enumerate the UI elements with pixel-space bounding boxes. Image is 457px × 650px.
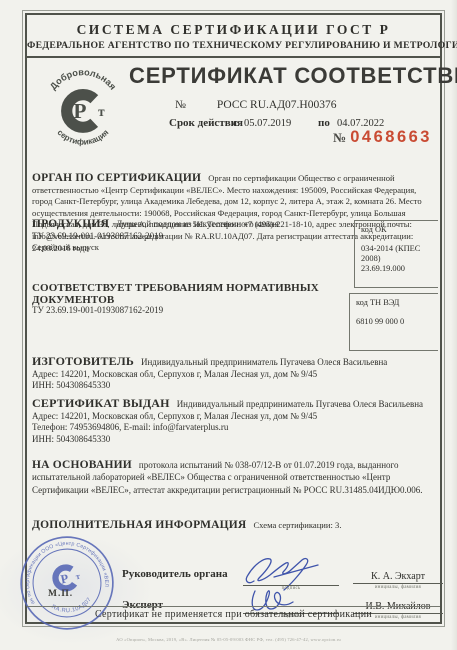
ok-code-label: код ОК bbox=[361, 225, 438, 235]
tnved-label: код ТН ВЭД bbox=[356, 298, 438, 308]
issued-to-section: СЕРТИФИКАТ ВЫДАНИндивидуальный предприни… bbox=[32, 398, 438, 445]
head-signature-caption: подпись bbox=[243, 586, 339, 591]
to-label: по bbox=[318, 117, 330, 129]
issued-inn: ИНН: 504308645330 bbox=[32, 434, 438, 446]
product-section: ПРОДУКЦИЯДушевой поддон из искусственног… bbox=[32, 218, 347, 254]
system-title: СИСТЕМА СЕРТИФИКАЦИИ ГОСТ Р bbox=[27, 22, 440, 38]
number-sign: № bbox=[175, 99, 186, 111]
validity-label: Срок действия bbox=[169, 117, 243, 129]
additional-text: Схема сертификации: 3. bbox=[253, 520, 341, 530]
svg-text:Добровольная: Добровольная bbox=[48, 67, 118, 92]
stamp-place-mark: М.П. bbox=[48, 589, 73, 599]
product-label: ПРОДУКЦИЯ bbox=[32, 218, 109, 230]
head-signature-line: подпись bbox=[243, 585, 339, 591]
logo-arc-top-text: Добровольная bbox=[48, 67, 118, 92]
valid-from-date: 05.07.2019 bbox=[244, 118, 291, 129]
certificate-frame: СИСТЕМА СЕРТИФИКАЦИИ ГОСТ Р ФЕДЕРАЛЬНОЕ … bbox=[22, 10, 445, 627]
conforms-label: СООТВЕТСТВУЕТ ТРЕБОВАНИЯМ НОРМАТИВНЫХ ДО… bbox=[32, 282, 319, 306]
certificate-page: СИСТЕМА СЕРТИФИКАЦИИ ГОСТ Р ФЕДЕРАЛЬНОЕ … bbox=[0, 0, 457, 650]
restriction-note: Сертификат не применяется при обязательн… bbox=[27, 606, 440, 622]
registration-number: РОСС RU.АД07.Н00376 bbox=[217, 99, 337, 111]
manufacturer-address: Адрес: 142201, Московская обл, Серпухов … bbox=[32, 369, 438, 381]
from-label: с bbox=[233, 117, 238, 129]
manufacturer-inn: ИНН: 504308645330 bbox=[32, 380, 438, 392]
issued-label: СЕРТИФИКАТ ВЫДАН bbox=[32, 396, 170, 410]
certificate-frame-inner: СИСТЕМА СЕРТИФИКАЦИИ ГОСТ Р ФЕДЕРАЛЬНОЕ … bbox=[25, 13, 442, 624]
stamp-letter-r: Р bbox=[59, 571, 70, 586]
head-name-caption: инициалы, фамилия bbox=[353, 584, 443, 590]
blank-number-digits: 0468663 bbox=[350, 128, 432, 146]
issued-address: Адрес: 142201, Московская обл, Серпухов … bbox=[32, 411, 438, 423]
manufacturer-section: ИЗГОТОВИТЕЛЬИндивидуальный предпринимате… bbox=[32, 356, 438, 392]
ok-code-gap bbox=[361, 235, 438, 244]
org-label: ОРГАН ПО СЕРТИФИКАЦИИ bbox=[32, 172, 201, 184]
product-tu: ТУ 23.69.19-001-0193087162-2019 bbox=[32, 231, 347, 243]
certification-body-stamp-icon: Орган по сертификации ООО «Центр Сертифи… bbox=[9, 525, 125, 641]
issued-name: Индивидуальный предприниматель Пугачева … bbox=[177, 399, 423, 409]
head-role-label: Руководитель органа bbox=[122, 568, 228, 580]
ok-code-line1: 034-2014 (КПЕС 2008) bbox=[361, 244, 438, 264]
issued-contact: Телефон: 74953694806, E-mail: info@farva… bbox=[32, 422, 438, 434]
header-band: СИСТЕМА СЕРТИФИКАЦИИ ГОСТ Р ФЕДЕРАЛЬНОЕ … bbox=[27, 15, 440, 58]
conformity-section: СООТВЕТСТВУЕТ ТРЕБОВАНИЯМ НОРМАТИВНЫХ ДО… bbox=[32, 282, 362, 317]
product-name: Душевой поддон из искусственного камня bbox=[116, 219, 279, 229]
blank-number-sign: № bbox=[333, 130, 346, 145]
rst-voluntary-certification-logo-icon: Добровольная сертификация Р т bbox=[32, 61, 134, 163]
document-title: СЕРТИФИКАТ СООТВЕТСТВИЯ bbox=[129, 63, 457, 89]
product-serial: Серийный выпуск bbox=[32, 242, 347, 254]
manufacturer-name: Индивидуальный предприниматель Пугачева … bbox=[141, 357, 387, 367]
registration-number-row: № РОСС RU.АД07.Н00376 bbox=[175, 99, 337, 111]
head-name: К. А. Экхарт bbox=[353, 571, 443, 584]
logo-letter-r: Р bbox=[73, 99, 86, 123]
ok-code-box: код ОК 034-2014 (КПЕС 2008) 23.69.19.000 bbox=[354, 220, 438, 288]
printer-fine-print: АО «Опцион», Москва, 2019, «В». Лицензия… bbox=[0, 637, 457, 642]
agency-title: ФЕДЕРАЛЬНОЕ АГЕНТСТВО ПО ТЕХНИЧЕСКОМУ РЕ… bbox=[27, 40, 440, 51]
conforms-tu: ТУ 23.69.19-001-0193087162-2019 bbox=[32, 305, 362, 317]
basis-label: НА ОСНОВАНИИ bbox=[32, 459, 132, 471]
head-name-block: К. А. Экхарт инициалы, фамилия bbox=[353, 571, 443, 590]
manufacturer-label: ИЗГОТОВИТЕЛЬ bbox=[32, 354, 134, 368]
tnved-gap bbox=[356, 308, 438, 317]
ok-code-line2: 23.69.19.000 bbox=[361, 264, 438, 274]
basis-section: НА ОСНОВАНИИпротокола испытаний № 038-07… bbox=[32, 459, 435, 496]
tnved-value: 6810 99 000 0 bbox=[356, 317, 438, 327]
logo-letter-t: т bbox=[98, 104, 105, 119]
tnved-code-box: код ТН ВЭД 6810 99 000 0 bbox=[349, 293, 438, 351]
additional-label: ДОПОЛНИТЕЛЬНАЯ ИНФОРМАЦИЯ bbox=[32, 519, 246, 531]
stamp-letter-t: т bbox=[75, 572, 81, 582]
blank-serial-number: №0468663 bbox=[333, 128, 432, 147]
